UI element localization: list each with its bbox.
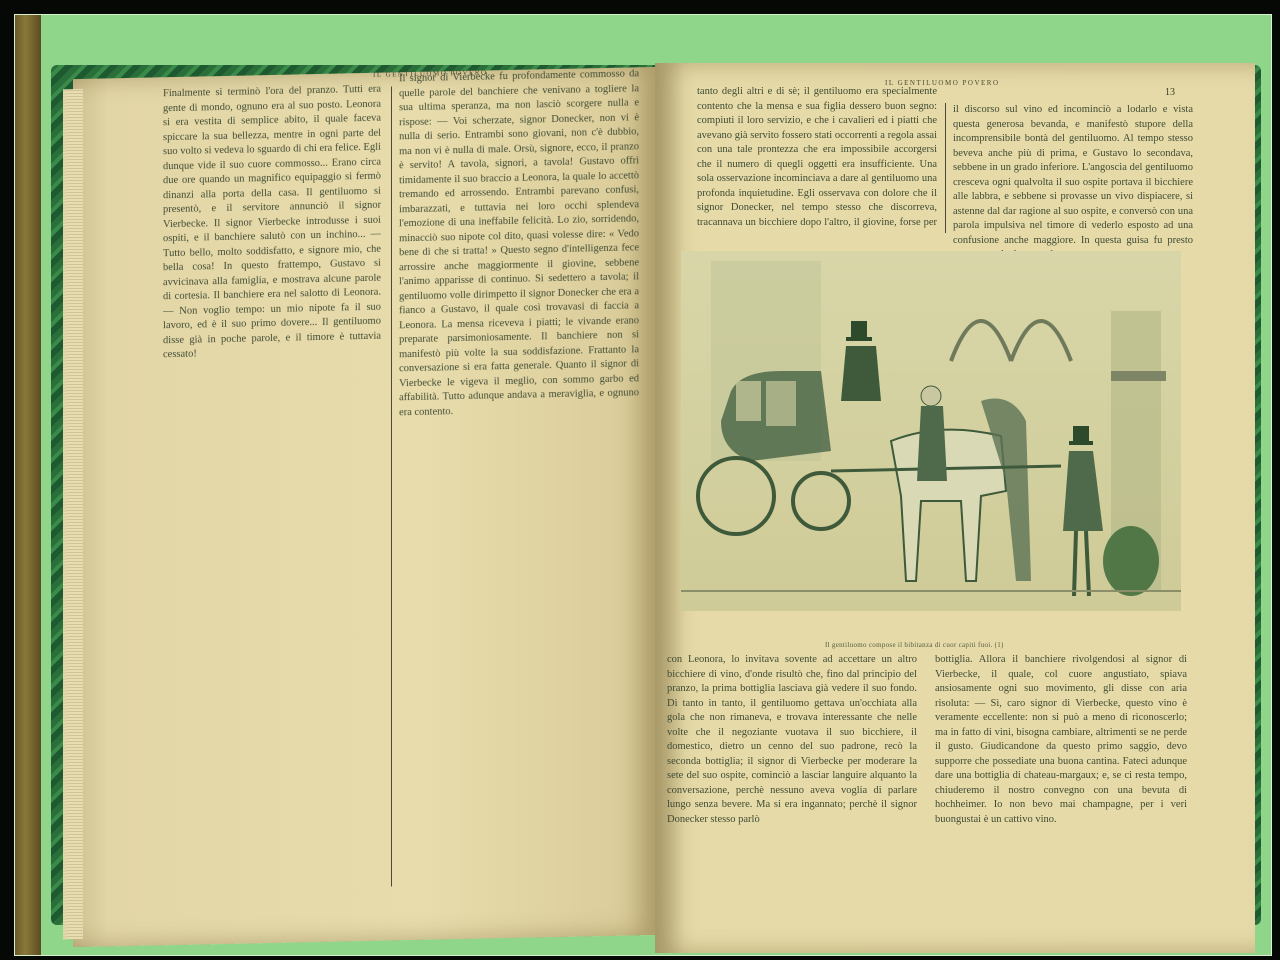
- column-rule: [391, 86, 392, 886]
- left-page: IL GENTILUOMO POVERO Finalmente si termi…: [73, 67, 658, 947]
- wooden-surface-edge: [15, 15, 41, 955]
- right-page-column-2-top: il discorso sul vino ed incominciò a lod…: [953, 103, 1193, 253]
- column-rule: [945, 103, 946, 233]
- engraving-illustration: [681, 251, 1181, 611]
- left-page-column-2: Il signor di Vierbecke fu profondamente …: [399, 67, 639, 902]
- right-page-column-1-top: tanto degli altri e di sè; il gentiluomo…: [697, 85, 937, 230]
- illustration-caption: Il gentiluomo compose il bibitanza di cu…: [825, 641, 1004, 649]
- carriage-scene-icon: [681, 251, 1181, 611]
- right-page-column-1-bottom: con Leonora, lo invitava sovente ad acce…: [667, 653, 917, 853]
- right-page-column-2-bottom: bottiglia. Allora il banchiere rivolgend…: [935, 653, 1187, 853]
- page-edges: [63, 89, 83, 939]
- left-page-column-1: Finalmente si terminò l'ora del pranzo. …: [163, 83, 381, 898]
- photo-frame: IL GENTILUOMO POVERO Finalmente si termi…: [14, 14, 1272, 956]
- page-number: 13: [1165, 87, 1175, 98]
